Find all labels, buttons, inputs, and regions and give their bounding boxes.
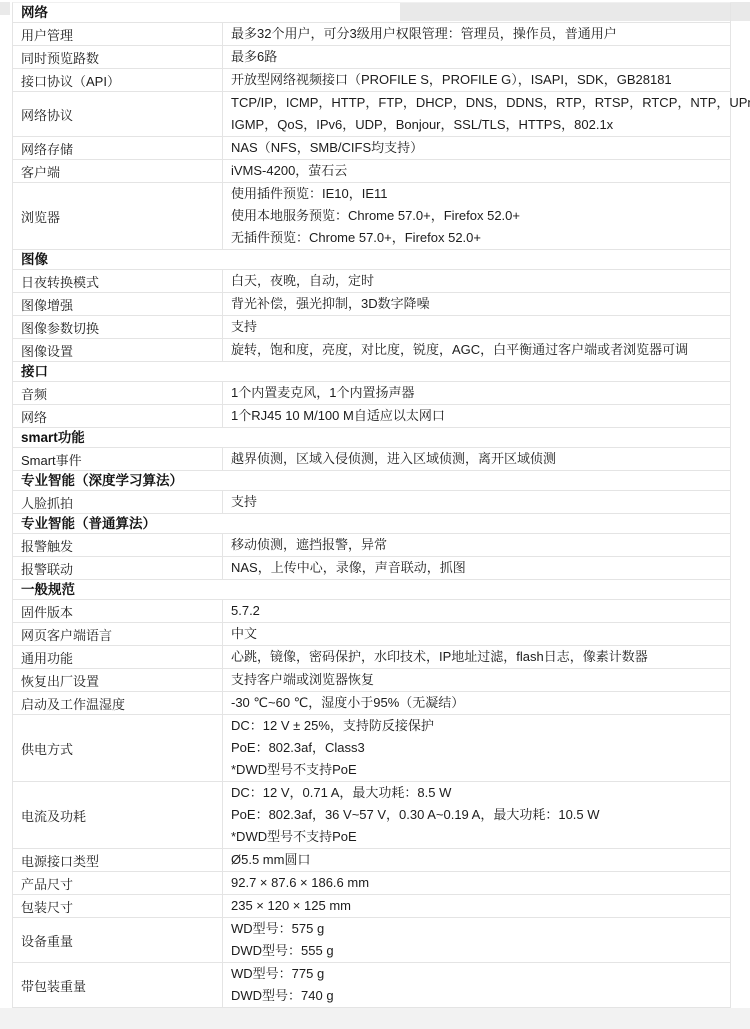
spec-value-line: WD型号：775 g <box>231 963 730 985</box>
spec-value-cell: 旋转，饱和度，亮度，对比度，锐度，AGC，白平衡通过客户端或者浏览器可调 <box>223 339 730 361</box>
spec-label-cell: 通用功能 <box>13 646 223 668</box>
table-row: 供电方式DC：12 V ± 25%，支持防反接保护PoE：802.3af，Cla… <box>13 715 730 782</box>
spec-value-cell: 中文 <box>223 623 730 645</box>
spec-value-cell: 白天，夜晚，自动，定时 <box>223 270 730 292</box>
spec-label-cell: Smart事件 <box>13 448 223 470</box>
table-row: 客户端iVMS-4200，萤石云 <box>13 160 730 183</box>
spec-value-line: *DWD型号不支持PoE <box>231 759 730 781</box>
spec-label-cell: 音频 <box>13 382 223 404</box>
spec-value-line: 旋转，饱和度，亮度，对比度，锐度，AGC，白平衡通过客户端或者浏览器可调 <box>231 339 730 361</box>
spec-label: 网页客户端语言 <box>21 625 112 644</box>
spec-value-line: Ø5.5 mm圆口 <box>231 849 730 871</box>
spec-value-line: 1个RJ45 10 M/100 M自适应以太网口 <box>231 405 730 427</box>
spec-label: 启动及工作温湿度 <box>21 694 125 713</box>
spec-value-line: -30 ℃~60 ℃，湿度小于95%（无凝结） <box>231 692 730 714</box>
spec-label-cell: 图像参数切换 <box>13 316 223 338</box>
spec-label: 报警触发 <box>21 536 73 555</box>
spec-label-cell: 图像设置 <box>13 339 223 361</box>
spec-value-line: 最多6路 <box>231 46 730 68</box>
section-header: 接口 <box>13 362 730 382</box>
spec-label-cell: 网络协议 <box>13 92 223 136</box>
table-row: 音频1个内置麦克风，1个内置扬声器 <box>13 382 730 405</box>
spec-value-cell: DC：12 V ± 25%，支持防反接保护PoE：802.3af，Class3*… <box>223 715 730 781</box>
spec-label: 图像设置 <box>21 341 73 360</box>
spec-label: 电流及功耗 <box>21 806 86 825</box>
spec-table: 网络用户管理最多32个用户，可分3级用户权限管理：管理员，操作员，普通用户同时预… <box>12 2 731 1008</box>
spec-label-cell: 报警触发 <box>13 534 223 556</box>
spec-value-line: 支持 <box>231 316 730 338</box>
spec-label-cell: 用户管理 <box>13 23 223 45</box>
table-row: 通用功能心跳，镜像，密码保护，水印技术，IP地址过滤，flash日志，像素计数器 <box>13 646 730 669</box>
spec-value-cell: Ø5.5 mm圆口 <box>223 849 730 871</box>
spec-label: 音频 <box>21 384 47 403</box>
spec-label: 日夜转换模式 <box>21 272 99 291</box>
spec-value-line: *DWD型号不支持PoE <box>231 826 730 848</box>
table-row: 带包装重量WD型号：775 gDWD型号：740 g <box>13 963 730 1008</box>
spec-value-cell: 1个内置麦克风，1个内置扬声器 <box>223 382 730 404</box>
left-edge-artifact <box>0 2 10 15</box>
spec-label: 接口协议（API） <box>21 71 120 90</box>
spec-value-line: 92.7 × 87.6 × 186.6 mm <box>231 872 730 894</box>
spec-label: 产品尺寸 <box>21 874 73 893</box>
spec-label: 通用功能 <box>21 648 73 667</box>
spec-label-cell: 供电方式 <box>13 715 223 781</box>
spec-value-line: NAS，上传中心，录像，声音联动，抓图 <box>231 557 730 579</box>
spec-label-cell: 电流及功耗 <box>13 782 223 848</box>
section-header: 专业智能（普通算法） <box>13 514 730 534</box>
spec-label: 同时预览路数 <box>21 48 99 67</box>
spec-value-cell: 开放型网络视频接口（PROFILE S，PROFILE G），ISAPI，SDK… <box>223 69 730 91</box>
spec-value-cell: 最多6路 <box>223 46 730 68</box>
spec-label-cell: 日夜转换模式 <box>13 270 223 292</box>
spec-value-cell: 支持客户端或浏览器恢复 <box>223 669 730 691</box>
spec-value-cell: NAS，上传中心，录像，声音联动，抓图 <box>223 557 730 579</box>
spec-value-cell: 心跳，镜像，密码保护，水印技术，IP地址过滤，flash日志，像素计数器 <box>223 646 730 668</box>
table-row: 网络1个RJ45 10 M/100 M自适应以太网口 <box>13 405 730 428</box>
spec-value-line: 1个内置麦克风，1个内置扬声器 <box>231 382 730 404</box>
spec-label: 固件版本 <box>21 602 73 621</box>
spec-label: 图像参数切换 <box>21 318 99 337</box>
spec-value-cell: 支持 <box>223 316 730 338</box>
spec-value-cell: WD型号：775 gDWD型号：740 g <box>223 963 730 1007</box>
spec-value-line: 235 × 120 × 125 mm <box>231 895 730 917</box>
spec-label: 浏览器 <box>21 207 60 226</box>
table-row: 图像设置旋转，饱和度，亮度，对比度，锐度，AGC，白平衡通过客户端或者浏览器可调 <box>13 339 730 362</box>
spec-value-cell: 使用插件预览：IE10，IE11使用本地服务预览：Chrome 57.0+，Fi… <box>223 183 730 249</box>
section-header: smart功能 <box>13 428 730 448</box>
spec-label-cell: 同时预览路数 <box>13 46 223 68</box>
spec-value-line: 中文 <box>231 623 730 645</box>
spec-label-cell: 人脸抓拍 <box>13 491 223 513</box>
spec-value-line: DC：12 V，0.71 A，最大功耗：8.5 W <box>231 782 730 804</box>
section-title: 一般规范 <box>21 582 75 597</box>
section-header: 网络 <box>13 3 730 23</box>
spec-label-cell: 浏览器 <box>13 183 223 249</box>
table-row: 人脸抓拍支持 <box>13 491 730 514</box>
section-title: smart功能 <box>21 430 85 445</box>
spec-value-cell: WD型号：575 gDWD型号：555 g <box>223 918 730 962</box>
table-row: 电流及功耗DC：12 V，0.71 A，最大功耗：8.5 WPoE：802.3a… <box>13 782 730 849</box>
table-row: 接口协议（API）开放型网络视频接口（PROFILE S，PROFILE G），… <box>13 69 730 92</box>
spec-label: 网络协议 <box>21 105 73 124</box>
spec-label-cell: 设备重量 <box>13 918 223 962</box>
spec-label-cell: 接口协议（API） <box>13 69 223 91</box>
spec-label: 设备重量 <box>21 931 73 950</box>
spec-value-cell: 背光补偿，强光抑制，3D数字降噪 <box>223 293 730 315</box>
table-row: Smart事件越界侦测，区域入侵侦测，进入区域侦测，离开区域侦测 <box>13 448 730 471</box>
spec-value-line: 5.7.2 <box>231 600 730 622</box>
table-row: 包装尺寸235 × 120 × 125 mm <box>13 895 730 918</box>
spec-value-line: DC：12 V ± 25%，支持防反接保护 <box>231 715 730 737</box>
spec-value-cell: 支持 <box>223 491 730 513</box>
section-title: 接口 <box>21 364 48 379</box>
spec-value-line: 白天，夜晚，自动，定时 <box>231 270 730 292</box>
spec-value-line: 心跳，镜像，密码保护，水印技术，IP地址过滤，flash日志，像素计数器 <box>231 646 730 668</box>
spec-label-cell: 报警联动 <box>13 557 223 579</box>
spec-label: 带包装重量 <box>21 976 86 995</box>
spec-value-line: 最多32个用户，可分3级用户权限管理：管理员，操作员，普通用户 <box>231 23 730 45</box>
spec-label-cell: 产品尺寸 <box>13 872 223 894</box>
spec-label-cell: 启动及工作温湿度 <box>13 692 223 714</box>
table-row: 用户管理最多32个用户，可分3级用户权限管理：管理员，操作员，普通用户 <box>13 23 730 46</box>
spec-value-cell: DC：12 V，0.71 A，最大功耗：8.5 WPoE：802.3af，36 … <box>223 782 730 848</box>
section-title: 专业智能（普通算法） <box>21 516 156 531</box>
section-title: 图像 <box>21 252 48 267</box>
spec-label: Smart事件 <box>21 450 82 469</box>
spec-value-line: PoE：802.3af，Class3 <box>231 737 730 759</box>
spec-value-line: PoE：802.3af，36 V~57 V，0.30 A~0.19 A，最大功耗… <box>231 804 730 826</box>
spec-value-cell: 235 × 120 × 125 mm <box>223 895 730 917</box>
table-row: 电源接口类型Ø5.5 mm圆口 <box>13 849 730 872</box>
table-row: 浏览器使用插件预览：IE10，IE11使用本地服务预览：Chrome 57.0+… <box>13 183 730 250</box>
spec-value-cell: 1个RJ45 10 M/100 M自适应以太网口 <box>223 405 730 427</box>
spec-label: 图像增强 <box>21 295 73 314</box>
spec-value-line: 使用插件预览：IE10，IE11 <box>231 183 730 205</box>
spec-value-line: WD型号：575 g <box>231 918 730 940</box>
spec-value-cell: -30 ℃~60 ℃，湿度小于95%（无凝结） <box>223 692 730 714</box>
spec-value-cell: iVMS-4200，萤石云 <box>223 160 730 182</box>
table-row: 设备重量WD型号：575 gDWD型号：555 g <box>13 918 730 963</box>
section-header: 一般规范 <box>13 580 730 600</box>
spec-label: 用户管理 <box>21 25 73 44</box>
spec-value-line: IGMP，QoS，IPv6，UDP，Bonjour，SSL/TLS，HTTPS，… <box>231 114 750 136</box>
spec-value-cell: TCP/IP，ICMP，HTTP，FTP，DHCP，DNS，DDNS，RTP，R… <box>223 92 750 136</box>
spec-label-cell: 网络 <box>13 405 223 427</box>
spec-label: 恢复出厂设置 <box>21 671 99 690</box>
spec-label: 电源接口类型 <box>21 851 99 870</box>
spec-value-line: DWD型号：740 g <box>231 985 730 1007</box>
spec-label-cell: 网页客户端语言 <box>13 623 223 645</box>
spec-value-cell: 5.7.2 <box>223 600 730 622</box>
spec-value-cell: 最多32个用户，可分3级用户权限管理：管理员，操作员，普通用户 <box>223 23 730 45</box>
section-header: 专业智能（深度学习算法） <box>13 471 730 491</box>
table-row: 报警联动NAS，上传中心，录像，声音联动，抓图 <box>13 557 730 580</box>
table-row: 报警触发移动侦测，遮挡报警，异常 <box>13 534 730 557</box>
spec-label: 供电方式 <box>21 739 73 758</box>
table-row: 日夜转换模式白天，夜晚，自动，定时 <box>13 270 730 293</box>
spec-value-line: NAS（NFS，SMB/CIFS均支持） <box>231 137 730 159</box>
spec-value-cell: 越界侦测，区域入侵侦测，进入区域侦测，离开区域侦测 <box>223 448 730 470</box>
spec-value-cell: NAS（NFS，SMB/CIFS均支持） <box>223 137 730 159</box>
section-title: 网络 <box>21 5 48 20</box>
spec-value-line: 支持客户端或浏览器恢复 <box>231 669 730 691</box>
table-row: 启动及工作温湿度-30 ℃~60 ℃，湿度小于95%（无凝结） <box>13 692 730 715</box>
table-row: 图像增强背光补偿，强光抑制，3D数字降噪 <box>13 293 730 316</box>
table-row: 网络存储NAS（NFS，SMB/CIFS均支持） <box>13 137 730 160</box>
spec-value-line: 开放型网络视频接口（PROFILE S，PROFILE G），ISAPI，SDK… <box>231 69 730 91</box>
spec-label: 人脸抓拍 <box>21 493 73 512</box>
spec-label-cell: 固件版本 <box>13 600 223 622</box>
spec-value-line: TCP/IP，ICMP，HTTP，FTP，DHCP，DNS，DDNS，RTP，R… <box>231 92 750 114</box>
spec-value-line: 支持 <box>231 491 730 513</box>
table-row: 网络协议TCP/IP，ICMP，HTTP，FTP，DHCP，DNS，DDNS，R… <box>13 92 730 137</box>
spec-label-cell: 图像增强 <box>13 293 223 315</box>
spec-label-cell: 网络存储 <box>13 137 223 159</box>
bottom-gray-area <box>0 1008 750 1029</box>
table-row: 恢复出厂设置支持客户端或浏览器恢复 <box>13 669 730 692</box>
spec-value-line: iVMS-4200，萤石云 <box>231 160 730 182</box>
section-title: 专业智能（深度学习算法） <box>21 473 183 488</box>
spec-value-line: DWD型号：555 g <box>231 940 730 962</box>
spec-value-line: 无插件预览：Chrome 57.0+，Firefox 52.0+ <box>231 227 730 249</box>
spec-value-cell: 移动侦测，遮挡报警，异常 <box>223 534 730 556</box>
spec-label-cell: 包装尺寸 <box>13 895 223 917</box>
table-row: 图像参数切换支持 <box>13 316 730 339</box>
spec-label-cell: 电源接口类型 <box>13 849 223 871</box>
spec-label: 报警联动 <box>21 559 73 578</box>
spec-value-line: 移动侦测，遮挡报警，异常 <box>231 534 730 556</box>
spec-label: 网络存储 <box>21 139 73 158</box>
table-row: 网页客户端语言中文 <box>13 623 730 646</box>
table-row: 同时预览路数最多6路 <box>13 46 730 69</box>
spec-label: 包装尺寸 <box>21 897 73 916</box>
spec-value-cell: 92.7 × 87.6 × 186.6 mm <box>223 872 730 894</box>
spec-page: 网络用户管理最多32个用户，可分3级用户权限管理：管理员，操作员，普通用户同时预… <box>0 0 750 1029</box>
table-row: 固件版本5.7.2 <box>13 600 730 623</box>
table-row: 产品尺寸92.7 × 87.6 × 186.6 mm <box>13 872 730 895</box>
spec-label-cell: 客户端 <box>13 160 223 182</box>
section-header: 图像 <box>13 250 730 270</box>
spec-label-cell: 带包装重量 <box>13 963 223 1007</box>
spec-value-line: 越界侦测，区域入侵侦测，进入区域侦测，离开区域侦测 <box>231 448 730 470</box>
spec-value-line: 使用本地服务预览：Chrome 57.0+，Firefox 52.0+ <box>231 205 730 227</box>
spec-label: 客户端 <box>21 162 60 181</box>
spec-value-line: 背光补偿，强光抑制，3D数字降噪 <box>231 293 730 315</box>
spec-label: 网络 <box>21 407 47 426</box>
spec-label-cell: 恢复出厂设置 <box>13 669 223 691</box>
